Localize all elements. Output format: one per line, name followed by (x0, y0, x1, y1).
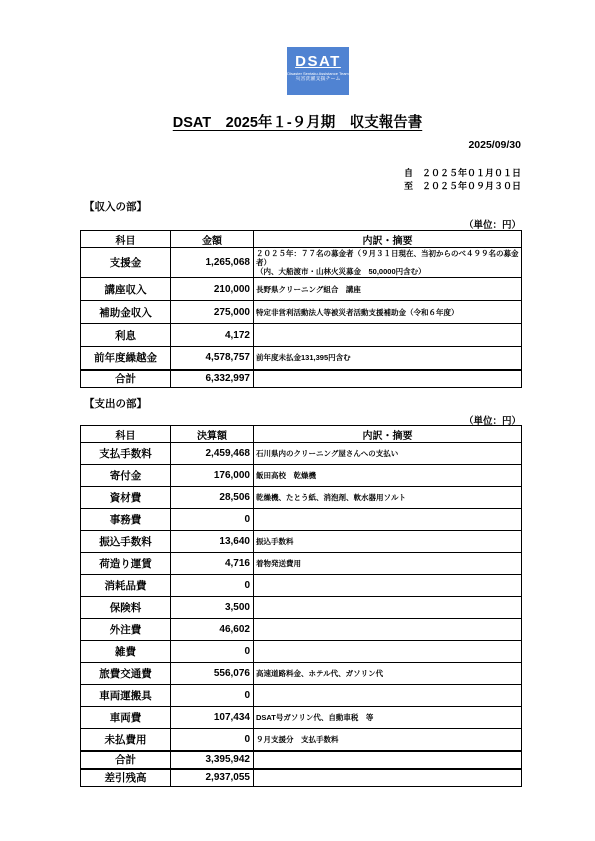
table-row: 保険料 3,500 (81, 597, 522, 619)
table-row: 外注費 46,602 (81, 619, 522, 641)
item-cell: 未払費用 (81, 729, 171, 751)
item-cell: 差引残高 (81, 769, 171, 787)
amount-cell: 3,395,942 (171, 751, 254, 769)
item-cell: 合計 (81, 751, 171, 769)
note-cell (254, 769, 522, 787)
note-cell (254, 324, 522, 347)
income-col-note: 内訳・摘要 (254, 231, 522, 248)
item-cell: 資材費 (81, 487, 171, 509)
table-row: 寄付金 176,000 飯田高校 乾燥機 (81, 465, 522, 487)
income-total-row: 合計 6,332,997 (81, 370, 522, 388)
item-cell: 保険料 (81, 597, 171, 619)
item-cell: 振込手数料 (81, 531, 171, 553)
item-cell: 雑費 (81, 641, 171, 663)
expense-total-row: 合計 3,395,942 (81, 751, 522, 769)
note-cell: DSAT号ガソリン代、自動車税 等 (254, 707, 522, 729)
note-cell: 高速道路料金、ホテル代、ガソリン代 (254, 663, 522, 685)
amount-cell: 28,506 (171, 487, 254, 509)
item-cell: 合計 (81, 370, 171, 388)
note-cell: 特定非営利活動法人等被災者活動支援補助金（令和６年度） (254, 301, 522, 324)
amount-cell: 46,602 (171, 619, 254, 641)
amount-cell: 556,076 (171, 663, 254, 685)
note-cell (254, 685, 522, 707)
report-date: 2025/09/30 (468, 139, 521, 151)
item-cell: 旅費交通費 (81, 663, 171, 685)
amount-cell: 2,459,468 (171, 443, 254, 465)
income-header-row: 科目 金額 内訳・摘要 (81, 231, 522, 248)
amount-cell: 4,716 (171, 553, 254, 575)
table-row: 資材費 28,506 乾燥機、たとう紙、消泡剤、軟水器用ソルト (81, 487, 522, 509)
item-cell: 消耗品費 (81, 575, 171, 597)
expense-table: 科目 決算額 内訳・摘要 支払手数料 2,459,468 石川県内のクリーニング… (80, 425, 522, 787)
item-cell: 車両費 (81, 707, 171, 729)
dsat-logo: DSAT Disaster Sentaku Assistance Team 災害… (287, 47, 349, 95)
amount-cell: 0 (171, 575, 254, 597)
note-cell: 長野県クリーニング組合 講座 (254, 278, 522, 301)
note-cell: 着物発送費用 (254, 553, 522, 575)
note-cell (254, 597, 522, 619)
table-row: 振込手数料 13,640 振込手数料 (81, 531, 522, 553)
amount-cell: 4,172 (171, 324, 254, 347)
table-row: 利息 4,172 (81, 324, 522, 347)
expense-col-note: 内訳・摘要 (254, 426, 522, 443)
item-cell: 支払手数料 (81, 443, 171, 465)
table-row: 車両運搬具 0 (81, 685, 522, 707)
table-row: 未払費用 0 ９月支援分 支払手数料 (81, 729, 522, 751)
table-row: 車両費 107,434 DSAT号ガソリン代、自動車税 等 (81, 707, 522, 729)
amount-cell: 0 (171, 685, 254, 707)
expense-balance-row: 差引残高 2,937,055 (81, 769, 522, 787)
note-cell (254, 370, 522, 388)
amount-cell: 13,640 (171, 531, 254, 553)
expense-section-label: 【支出の部】 (84, 396, 147, 411)
income-unit-label: （単位：円） (464, 217, 521, 231)
item-cell: 補助金収入 (81, 301, 171, 324)
expense-col-item: 科目 (81, 426, 171, 443)
table-row: 講座収入 210,000 長野県クリーニング組合 講座 (81, 278, 522, 301)
table-row: 前年度繰越金 4,578,757 前年度未払金131,395円含む (81, 347, 522, 370)
income-col-item: 科目 (81, 231, 171, 248)
note-cell: 飯田高校 乾燥機 (254, 465, 522, 487)
report-period: 自 ２０２５年０１月０１日 至 ２０２５年０９月３０日 (404, 167, 521, 193)
table-row: 事務費 0 (81, 509, 522, 531)
income-section-label: 【収入の部】 (84, 199, 147, 214)
amount-cell: 275,000 (171, 301, 254, 324)
expense-header-row: 科目 決算額 内訳・摘要 (81, 426, 522, 443)
income-table: 科目 金額 内訳・摘要 支援金 1,265,068 ２０２５年：７７名の募金者（… (80, 230, 522, 388)
item-cell: 前年度繰越金 (81, 347, 171, 370)
note-cell: 前年度未払金131,395円含む (254, 347, 522, 370)
note-cell: ２０２５年：７７名の募金者（９月３１日現在、当初からのべ４９９名の募金者） （内… (254, 248, 522, 278)
item-cell: 荷造り運賃 (81, 553, 171, 575)
table-row: 消耗品費 0 (81, 575, 522, 597)
amount-cell: 0 (171, 509, 254, 531)
item-cell: 利息 (81, 324, 171, 347)
amount-cell: 1,265,068 (171, 248, 254, 278)
table-row: 補助金収入 275,000 特定非営利活動法人等被災者活動支援補助金（令和６年度… (81, 301, 522, 324)
item-cell: 外注費 (81, 619, 171, 641)
note-cell (254, 575, 522, 597)
amount-cell: 6,332,997 (171, 370, 254, 388)
note-cell: 乾燥機、たとう紙、消泡剤、軟水器用ソルト (254, 487, 522, 509)
page-title-text: DSAT 2025年１-９月期 収支報告書 (173, 115, 422, 131)
note-cell: 石川県内のクリーニング屋さんへの支払い (254, 443, 522, 465)
item-cell: 支援金 (81, 248, 171, 278)
item-cell: 事務費 (81, 509, 171, 531)
expense-col-amount: 決算額 (171, 426, 254, 443)
amount-cell: 210,000 (171, 278, 254, 301)
amount-cell: 176,000 (171, 465, 254, 487)
table-row: 支払手数料 2,459,468 石川県内のクリーニング屋さんへの支払い (81, 443, 522, 465)
amount-cell: 4,578,757 (171, 347, 254, 370)
item-cell: 講座収入 (81, 278, 171, 301)
report-page: DSAT Disaster Sentaku Assistance Team 災害… (0, 0, 595, 841)
note-cell: 振込手数料 (254, 531, 522, 553)
note-cell (254, 751, 522, 769)
logo-text: DSAT (287, 54, 349, 71)
amount-cell: 107,434 (171, 707, 254, 729)
income-col-amount: 金額 (171, 231, 254, 248)
table-row: 旅費交通費 556,076 高速道路料金、ホテル代、ガソリン代 (81, 663, 522, 685)
logo-subtext-jp: 災害洗濯支援チーム (287, 76, 349, 83)
item-cell: 寄付金 (81, 465, 171, 487)
page-title: DSAT 2025年１-９月期 収支報告書 (0, 111, 595, 132)
note-cell (254, 619, 522, 641)
amount-cell: 3,500 (171, 597, 254, 619)
amount-cell: 2,937,055 (171, 769, 254, 787)
table-row: 荷造り運賃 4,716 着物発送費用 (81, 553, 522, 575)
table-row: 支援金 1,265,068 ２０２５年：７７名の募金者（９月３１日現在、当初から… (81, 248, 522, 278)
note-cell (254, 641, 522, 663)
amount-cell: 0 (171, 641, 254, 663)
item-cell: 車両運搬具 (81, 685, 171, 707)
note-cell (254, 509, 522, 531)
amount-cell: 0 (171, 729, 254, 751)
note-cell: ９月支援分 支払手数料 (254, 729, 522, 751)
table-row: 雑費 0 (81, 641, 522, 663)
